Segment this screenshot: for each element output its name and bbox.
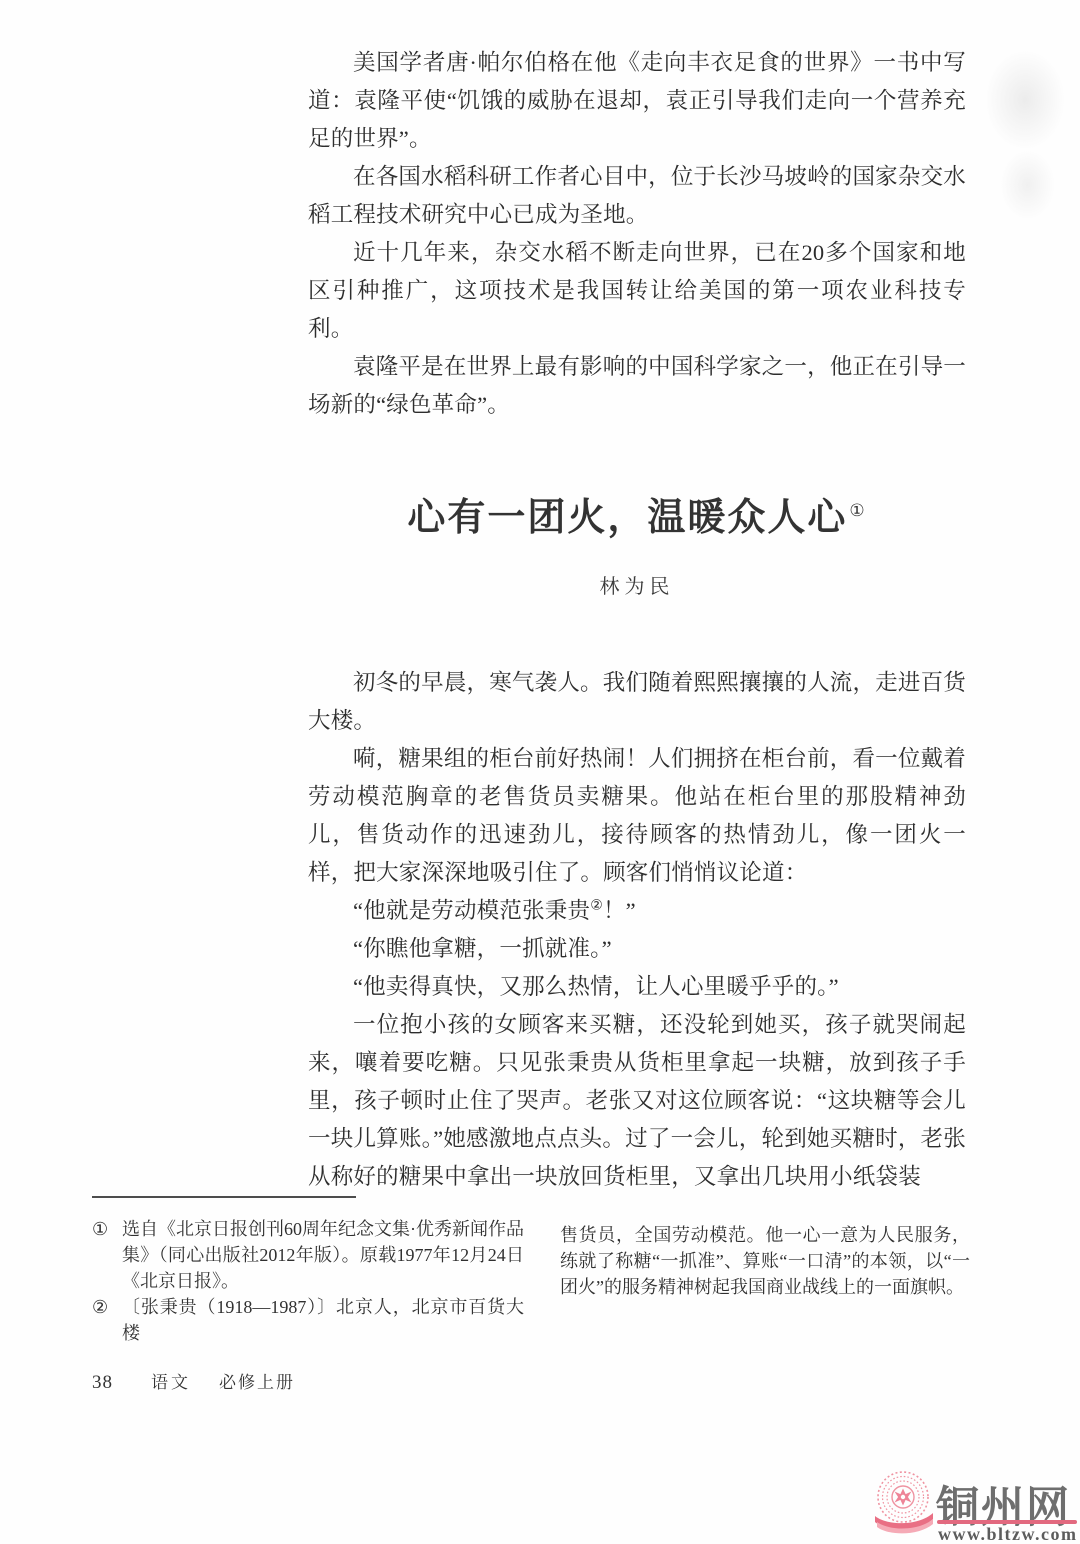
footnote-ref-2: ② (590, 899, 603, 914)
body-paragraph: 一位抱小孩的女顾客来买糖，还没轮到她买，孩子就哭闹起来，嚷着要吃糖。只见张秉贵从… (308, 1006, 966, 1196)
footnote-2-text: 〔张秉贵（1918—1987）〕北京人，北京市百货大楼 (122, 1297, 524, 1343)
intro-paragraph: 近十几年来，杂交水稻不断走向世界，已在20多个国家和地区引种推广，这项技术是我国… (308, 234, 966, 348)
quote-text: “他就是劳动模范张秉贵 (353, 898, 590, 923)
site-watermark: 铜州网 www.bltzw.com (874, 1468, 1080, 1544)
textbook-page: 美国学者唐·帕尔伯格在他《走向丰衣足食的世界》一书中写道：袁隆平使“饥饿的威胁在… (0, 0, 1080, 1544)
footer-subject: 语文 (151, 1368, 191, 1393)
quote-text: ！” (603, 898, 636, 923)
footnote-1: ① 选自《北京日报创刊60周年纪念文集·优秀新闻作品集》（同心出版社2012年版… (92, 1216, 524, 1294)
page-number: 38 (92, 1372, 113, 1394)
footnote-2: ② 〔张秉贵（1918—1987）〕北京人，北京市百货大楼 (92, 1294, 524, 1346)
quote-paragraph: “他就是劳动模范张秉贵②！” (308, 892, 966, 930)
article-title: 心有一团火，温暖众人心① (308, 486, 966, 541)
page-footer: 38 语文 必修上册 (92, 1368, 295, 1394)
footnote-ref-1: ① (849, 501, 866, 520)
quote-paragraph: “他卖得真快，又那么热情，让人心里暖乎乎的。” (308, 968, 966, 1006)
scan-noise (985, 50, 1065, 150)
body-paragraph: 嗬，糖果组的柜台前好热闹！人们拥挤在柜台前，看一位戴着劳动模范胸章的老售货员卖糖… (308, 740, 966, 892)
article-author: 林为民 (308, 570, 966, 599)
footnote-2-continuation: 售货员，全国劳动模范。他一心一意为人民服务，练就了称糖“一抓准”、算账“一口清”… (560, 1222, 970, 1300)
watermark-site-url: www.bltzw.com (938, 1524, 1078, 1544)
article-title-text: 心有一团火，温暖众人心 (407, 497, 847, 539)
intro-paragraph: 美国学者唐·帕尔伯格在他《走向丰衣足食的世界》一书中写道：袁隆平使“饥饿的威胁在… (308, 44, 966, 158)
body-paragraph: 初冬的早晨，寒气袭人。我们随着熙熙攘攘的人流，走进百货大楼。 (308, 664, 966, 740)
intro-paragraph: 袁隆平是在世界上最有影响的中国科学家之一，他正在引导一场新的“绿色革命”。 (308, 348, 966, 424)
quote-paragraph: “你瞧他拿糖，一抓就准。” (308, 930, 966, 968)
footnote-divider (92, 1196, 356, 1198)
watermark-seal-icon (874, 1470, 934, 1540)
footnote-1-text: 选自《北京日报创刊60周年纪念文集·优秀新闻作品集》（同心出版社2012年版）。… (122, 1219, 524, 1291)
scan-noise (1000, 150, 1055, 220)
intro-section: 美国学者唐·帕尔伯格在他《走向丰衣足食的世界》一书中写道：袁隆平使“饥饿的威胁在… (308, 44, 966, 424)
footer-volume: 必修上册 (219, 1368, 295, 1393)
intro-paragraph: 在各国水稻科研工作者心目中，位于长沙马坡岭的国家杂交水稻工程技术研究中心已成为圣… (308, 158, 966, 234)
footnotes-left-column: ① 选自《北京日报创刊60周年纪念文集·优秀新闻作品集》（同心出版社2012年版… (92, 1216, 524, 1346)
footnote-1-marker: ① (92, 1216, 108, 1242)
article-body: 初冬的早晨，寒气袭人。我们随着熙熙攘攘的人流，走进百货大楼。 嗬，糖果组的柜台前… (308, 664, 966, 1196)
footnote-2-marker: ② (92, 1294, 108, 1320)
footnotes-right-column: 售货员，全国劳动模范。他一心一意为人民服务，练就了称糖“一抓准”、算账“一口清”… (560, 1222, 970, 1300)
